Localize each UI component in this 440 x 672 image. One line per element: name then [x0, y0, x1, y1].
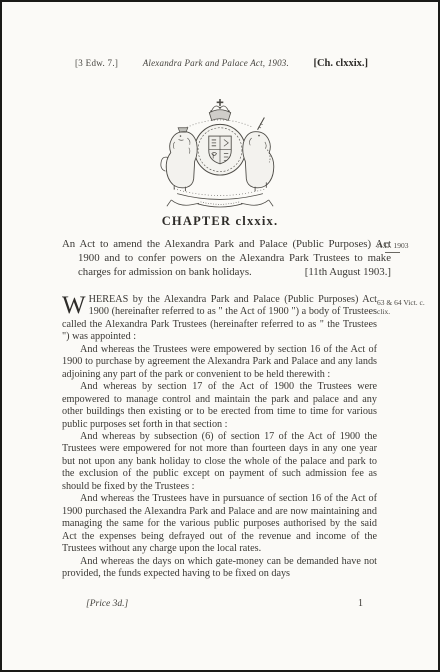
paragraph-recital-3: And whereas by subsection (6) of section… [62, 431, 377, 493]
margin-note-year-text: A.D. 1903 [377, 241, 408, 250]
long-title: An Act to amend the Alexandra Park and P… [62, 238, 391, 279]
unicorn-supporter-icon [243, 118, 274, 192]
page-header: [3 Edw. 7.] Alexandra Park and Palace Ac… [75, 58, 368, 69]
page-number: 1 [358, 598, 363, 609]
margin-note-citation: 63 & 64 Vict. c. clix. [377, 298, 435, 316]
lion-supporter-icon [161, 128, 197, 191]
act-preamble: WHEREAS by the Alexandra Park and Palace… [62, 294, 377, 580]
paragraph-whereas: WHEREAS by the Alexandra Park and Palace… [62, 294, 377, 344]
paragraph-whereas-text: HEREAS by the Alexandra Park and Palace … [62, 294, 377, 342]
chapter-heading: CHAPTER clxxix. [2, 214, 438, 229]
document-page: [3 Edw. 7.] Alexandra Park and Palace Ac… [0, 0, 440, 672]
motto-ribbon-icon [167, 194, 273, 207]
price-label: [Price 3d.] [86, 599, 128, 609]
paragraph-recital-4: And whereas the Trustees have in pursuan… [62, 493, 377, 555]
shield-icon [209, 136, 231, 164]
chapter-reference: [Ch. clxxix.] [313, 58, 368, 69]
paragraph-recital-2: And whereas by section 17 of the Act of … [62, 381, 377, 431]
assent-date: [11th August 1903.] [305, 266, 391, 280]
running-title: Alexandra Park and Palace Act, 1903. [143, 58, 289, 68]
margin-note-rule [385, 252, 400, 253]
drop-cap: W [62, 294, 89, 316]
paragraph-recital-5: And whereas the days on which gate-money… [62, 556, 377, 581]
regnal-citation: [3 Edw. 7.] [75, 58, 118, 68]
royal-coat-of-arms-icon [142, 99, 298, 216]
paragraph-recital-1: And whereas the Trustees were empowered … [62, 344, 377, 381]
margin-note-year: A.D. 1903 [377, 241, 435, 253]
crown-icon [209, 99, 230, 120]
